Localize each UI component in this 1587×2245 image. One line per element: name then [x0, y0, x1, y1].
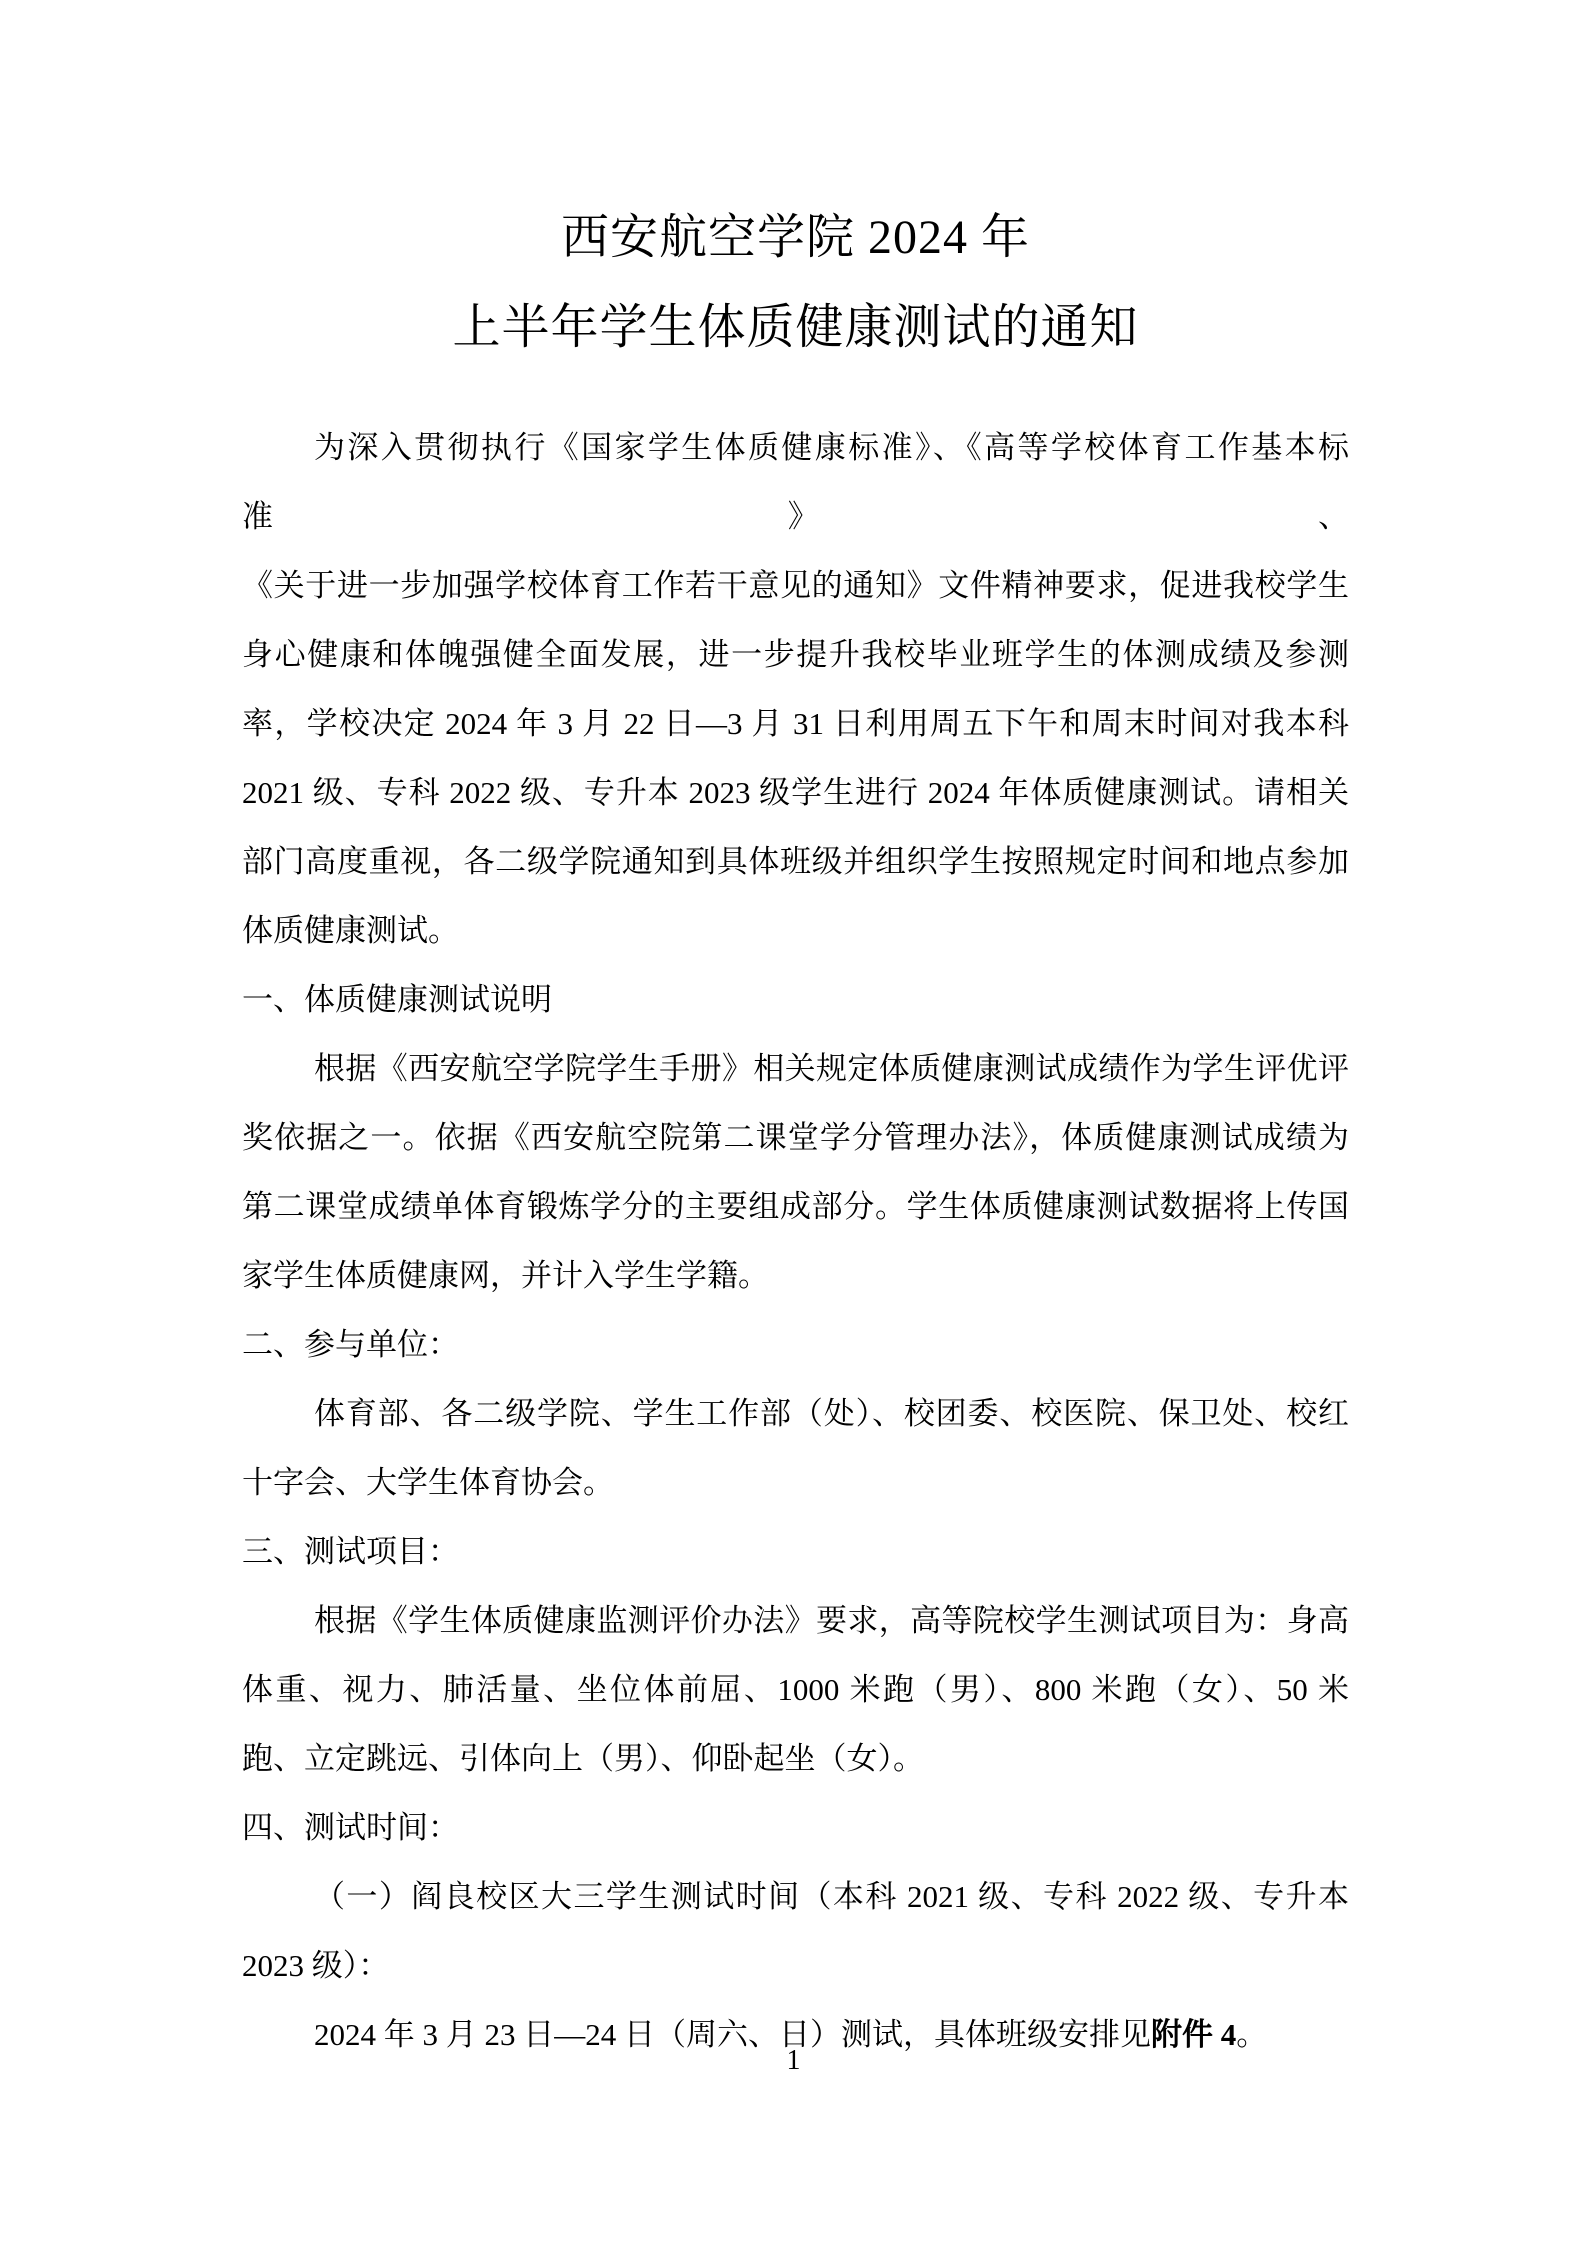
text-run: 跑、立定跳远、引体向上（男）、仰卧起坐（女）。	[242, 1741, 924, 1776]
text-run: 奖依据之一。依据《西安航空院第二课堂学分管理办法》，体质健康测试成绩为	[242, 1120, 1349, 1155]
text-line: 一、体质健康测试说明	[242, 965, 1349, 1034]
text-line: 三、测试项目：	[242, 1517, 1349, 1586]
text-line: 家学生体质健康网，并计入学生学籍。	[242, 1241, 1349, 1310]
text-line: 体质健康测试。	[242, 896, 1349, 965]
document-body: 为深入贯彻执行《国家学生体质健康标准》、《高等学校体育工作基本标准》、《关于进一…	[242, 413, 1349, 2069]
text-run: 身心健康和体魄强健全面发展，进一步提升我校毕业班学生的体测成绩及参测	[242, 637, 1349, 672]
text-run: 十字会、大学生体育协会。	[242, 1465, 614, 1500]
text-line: （一）阎良校区大三学生测试时间（本科 2021 级、专科 2022 级、专升本	[242, 1862, 1349, 1931]
text-line: 奖依据之一。依据《西安航空院第二课堂学分管理办法》，体质健康测试成绩为	[242, 1103, 1349, 1172]
text-run: 部门高度重视，各二级学院通知到具体班级并组织学生按照规定时间和地点参加	[242, 844, 1349, 879]
text-run: 三、测试项目：	[242, 1534, 459, 1569]
text-run: 根据《学生体质健康监测评价办法》要求，高等院校学生测试项目为：身高	[314, 1603, 1349, 1638]
document-title: 西安航空学院 2024 年 上半年学生体质健康测试的通知	[242, 193, 1349, 373]
text-line: 2023 级）：	[242, 1931, 1349, 2000]
text-line: 身心健康和体魄强健全面发展，进一步提升我校毕业班学生的体测成绩及参测	[242, 620, 1349, 689]
title-line-2: 上半年学生体质健康测试的通知	[242, 283, 1349, 373]
text-line: 根据《西安航空学院学生手册》相关规定体质健康测试成绩作为学生评优评	[242, 1034, 1349, 1103]
text-line: 《关于进一步加强学校体育工作若干意见的通知》文件精神要求，促进我校学生	[242, 551, 1349, 620]
text-line: 体育部、各二级学院、学生工作部（处）、校团委、校医院、保卫处、校红	[242, 1379, 1349, 1448]
text-run: 根据《西安航空学院学生手册》相关规定体质健康测试成绩作为学生评优评	[314, 1051, 1349, 1086]
page-number: 1	[0, 2044, 1587, 2078]
text-run: 2021 级、专科 2022 级、专升本 2023 级学生进行 2024 年体质…	[242, 775, 1349, 810]
text-run: 《关于进一步加强学校体育工作若干意见的通知》文件精神要求，促进我校学生	[242, 568, 1349, 603]
text-line: 为深入贯彻执行《国家学生体质健康标准》、《高等学校体育工作基本标准》、	[242, 413, 1349, 551]
text-line: 率，学校决定 2024 年 3 月 22 日—3 月 31 日利用周五下午和周末…	[242, 689, 1349, 758]
text-run: 体质健康测试。	[242, 913, 459, 948]
text-line: 跑、立定跳远、引体向上（男）、仰卧起坐（女）。	[242, 1724, 1349, 1793]
text-line: 第二课堂成绩单体育锻炼学分的主要组成部分。学生体质健康测试数据将上传国	[242, 1172, 1349, 1241]
text-line: 体重、视力、肺活量、坐位体前屈、1000 米跑（男）、800 米跑（女）、50 …	[242, 1655, 1349, 1724]
text-line: 二、参与单位：	[242, 1310, 1349, 1379]
text-run: 率，学校决定 2024 年 3 月 22 日—3 月 31 日利用周五下午和周末…	[242, 706, 1349, 741]
text-run: 四、测试时间：	[242, 1810, 459, 1845]
document-page: 西安航空学院 2024 年 上半年学生体质健康测试的通知 为深入贯彻执行《国家学…	[0, 0, 1587, 2245]
text-line: 根据《学生体质健康监测评价办法》要求，高等院校学生测试项目为：身高	[242, 1586, 1349, 1655]
text-run: 2023 级）：	[242, 1948, 389, 1983]
text-run: （一）阎良校区大三学生测试时间（本科 2021 级、专科 2022 级、专升本	[314, 1879, 1349, 1914]
text-run: 家学生体质健康网，并计入学生学籍。	[242, 1258, 769, 1293]
title-line-1: 西安航空学院 2024 年	[242, 193, 1349, 283]
text-line: 十字会、大学生体育协会。	[242, 1448, 1349, 1517]
text-run: 一、体质健康测试说明	[242, 982, 552, 1017]
text-run: 体育部、各二级学院、学生工作部（处）、校团委、校医院、保卫处、校红	[314, 1396, 1349, 1431]
text-run: 体重、视力、肺活量、坐位体前屈、1000 米跑（男）、800 米跑（女）、50 …	[242, 1672, 1349, 1707]
text-run: 为深入贯彻执行《国家学生体质健康标准》、《高等学校体育工作基本标准》、	[242, 430, 1349, 534]
text-line: 2021 级、专科 2022 级、专升本 2023 级学生进行 2024 年体质…	[242, 758, 1349, 827]
text-line: 四、测试时间：	[242, 1793, 1349, 1862]
text-line: 部门高度重视，各二级学院通知到具体班级并组织学生按照规定时间和地点参加	[242, 827, 1349, 896]
text-run: 第二课堂成绩单体育锻炼学分的主要组成部分。学生体质健康测试数据将上传国	[242, 1189, 1349, 1224]
text-run: 二、参与单位：	[242, 1327, 459, 1362]
document-content: 西安航空学院 2024 年 上半年学生体质健康测试的通知 为深入贯彻执行《国家学…	[0, 0, 1587, 2069]
